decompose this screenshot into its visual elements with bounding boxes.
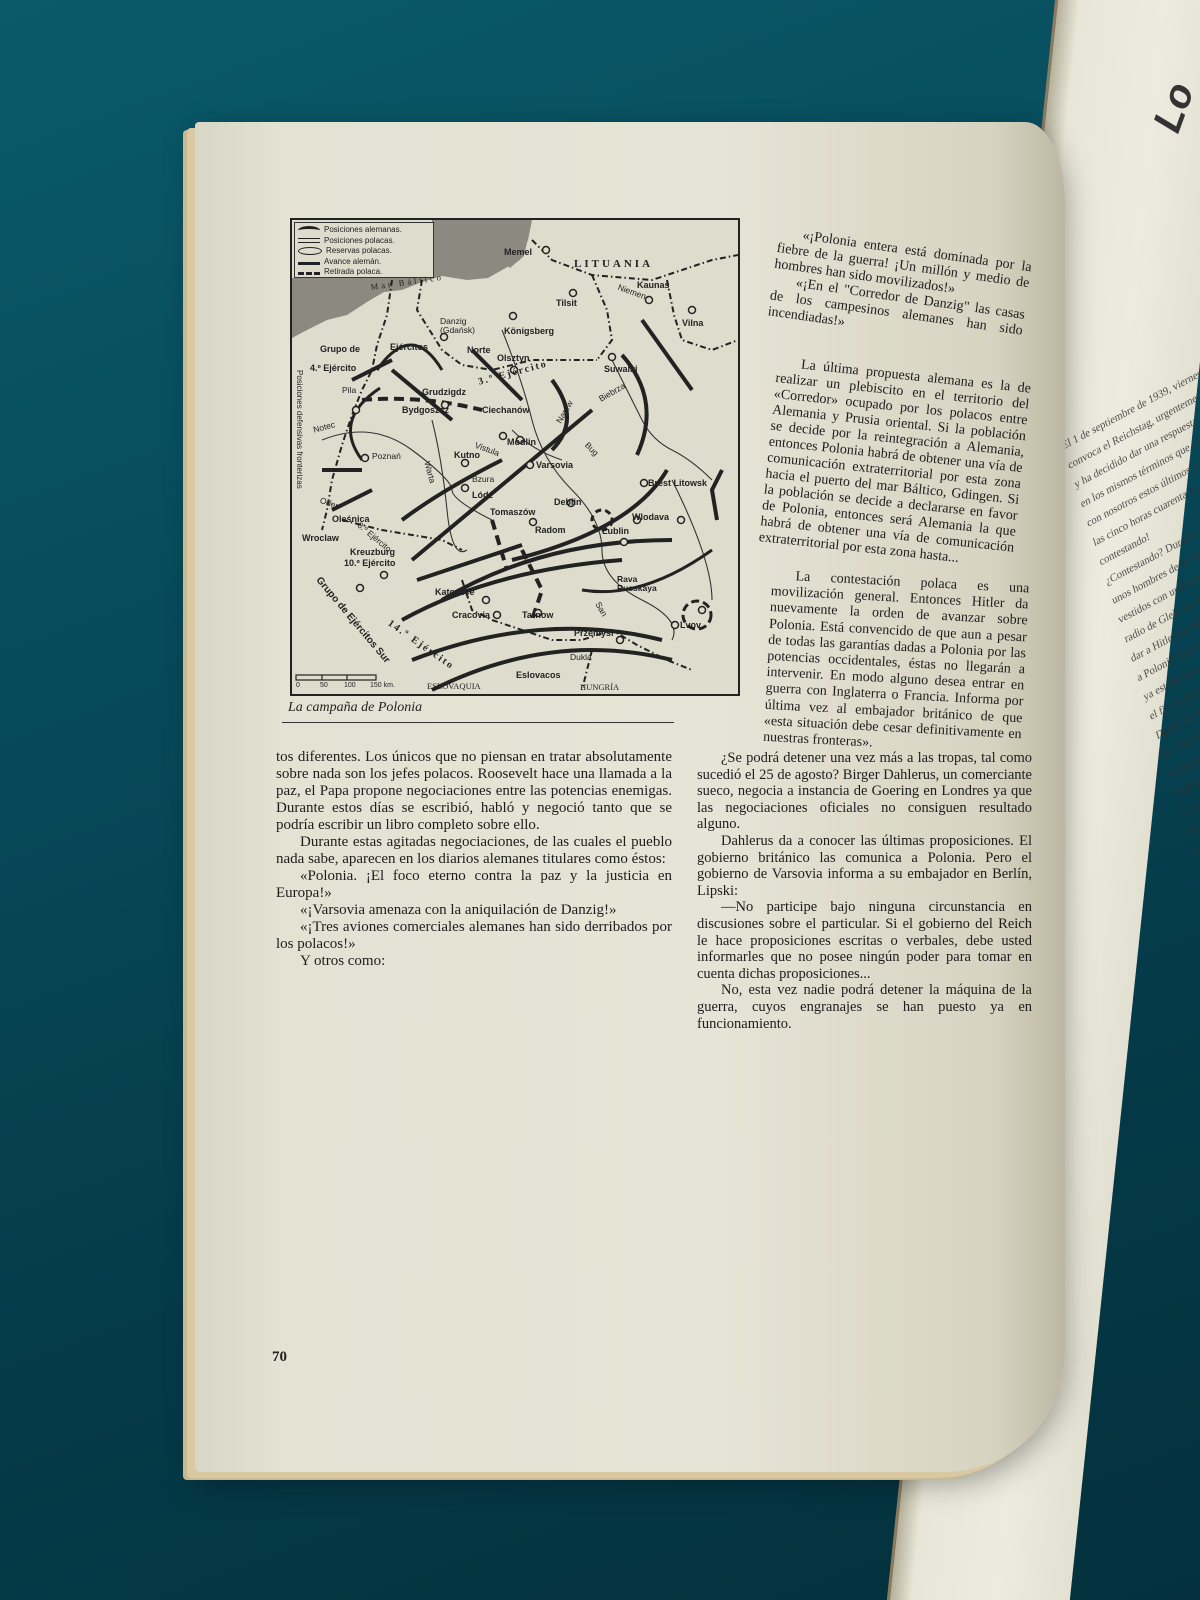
label-kaunas: Kaunas [637,280,670,290]
label-radom: Radom [535,525,566,535]
scale-150: 150 km. [370,682,395,689]
legend-polish-retreat: Retirada polaca. [324,267,382,278]
label-ciechanow: Ciechanów [482,405,530,415]
paragraph: No, esta vez nadie podrá detener la máqu… [697,982,1032,1032]
label-deblin: Deblin [554,497,582,507]
right-column-bottom-text: ¿Se podrá detener una vez más a las trop… [697,750,1032,1032]
polish-positions-symbol-icon [298,238,320,243]
paragraph: La contestación polaca es una movilizaci… [763,568,1030,759]
label-defensive-positions: Posiciones defensivas fronterizas [295,370,304,489]
legend-polish-positions: Posiciones polacas. [324,236,395,247]
paragraph: —No participe bajo ninguna circunstancia… [697,899,1032,982]
label-10th-army: 10.º Ejército [344,558,395,568]
label-tomaszow: Tomaszów [490,507,535,517]
label-lublin: Lublin [602,526,629,536]
label-modlin: Modlin [507,437,536,447]
label-bzura: Bzura [472,474,494,484]
caption-divider [282,722,674,723]
label-suwalki: Suwalki [604,364,638,374]
label-wlodava: Wlodava [632,512,669,522]
left-column-text: tos diferentes. Los únicos que no piensa… [276,749,672,970]
label-konigsberg: Königsberg [504,326,554,336]
label-hungria: HUNGRÍA [580,682,619,692]
headline-quote: «¡Varsovia amenaza con la aniquilación d… [276,902,672,919]
label-eslovacos: Eslovacos [516,670,561,680]
label-vilna: Vilna [682,318,703,328]
label-memel: Memel [504,247,532,257]
headline-quote: «¡Tres aviones comerciales alemanes han … [276,919,672,953]
paragraph: La última propuesta alemana es la de rea… [758,355,1032,573]
label-danzig: Danzig (Gdańsk) [440,317,490,335]
right-column-response: La contestación polaca es una movilizaci… [763,568,1030,759]
label-wroclaw: Wroclaw [302,533,339,543]
label-eslovaquia: ESLOVAQUIA [427,681,481,691]
paragraph: Y otros como: [276,953,672,970]
legend-german-advance: Avance alemán. [324,257,381,268]
label-grudziadz: Grudzigdz [422,387,466,397]
label-cracovia: Cracovia [452,610,490,620]
label-varsovia: Varsovia [536,460,573,470]
german-positions-symbol-icon [298,226,320,235]
label-army-group-north-1: Grupo de [320,344,360,354]
label-poznan: Poznań [372,451,401,461]
polish-reserves-symbol-icon [298,247,322,255]
label-katowice: Katowice [435,587,475,597]
label-kreuzburg: Kreuzburg [350,547,395,557]
polish-retreat-arrow-icon [298,272,320,275]
label-pila: Pila [342,385,356,395]
label-kutno: Kutno [454,450,480,460]
headline-quote: «Polonia. ¡El foco eterno contra la paz … [276,868,672,902]
map-poland-campaign: Posiciones alemanas. Posiciones polacas.… [290,218,740,696]
map-caption: La campaña de Polonia [288,700,422,716]
label-bydgoszcz: Bydgoszcz [402,405,449,415]
label-lodz: Lódź [472,490,493,500]
label-4th-army: 4.º Ejército [310,363,356,373]
paragraph: Dahlerus da a conocer las últimas propos… [697,833,1032,899]
label-army-group-north-3: Norte [467,345,491,355]
scale-100: 100 [344,682,356,689]
scale-50: 50 [320,682,328,689]
legend-polish-reserves: Reservas polacas. [326,246,392,257]
map-legend: Posiciones alemanas. Posiciones polacas.… [294,222,434,278]
label-tilsit: Tilsit [556,298,577,308]
label-dukla: Dukla [570,652,592,662]
paragraph: ¿Se podrá detener una vez más a las trop… [697,750,1032,833]
paragraph: Durante estas agitadas negociaciones, de… [276,834,672,868]
label-army-group-north-2: Ejércitos [390,342,428,352]
paragraph: tos diferentes. Los únicos que no piensa… [276,749,672,834]
scale-0: 0 [296,682,300,689]
label-rava-russkaya: Rava Russkaya [617,575,667,593]
label-tarnow: Tarnow [522,610,553,620]
right-column-proposal: La última propuesta alemana es la de rea… [758,355,1032,573]
legend-german-positions: Posiciones alemanas. [324,225,402,236]
page-number: 70 [272,1349,287,1366]
label-przemysl: Przemyśl [574,628,614,638]
label-lvov: Lvov [680,620,701,630]
label-brest-litowsk: Brest Litowsk [648,478,707,488]
label-olsztyn: Olsztyn [497,353,530,363]
german-advance-arrow-icon [298,262,320,265]
label-lithuania: LITUANIA [574,258,653,270]
